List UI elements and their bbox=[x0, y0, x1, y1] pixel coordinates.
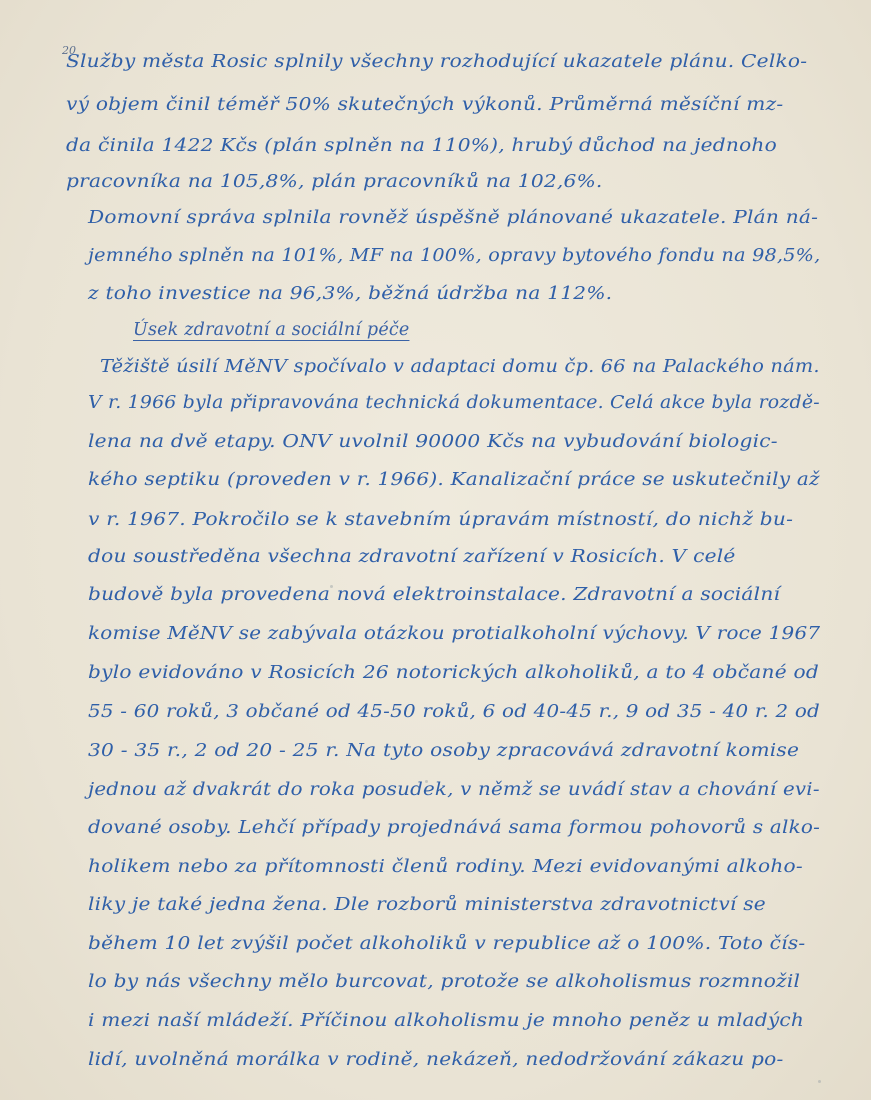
text-line: Domovní správa splnila rovněž úspěšně pl… bbox=[88, 208, 818, 228]
text-line: i mezi naší mládeží. Příčinou alkoholism… bbox=[88, 1011, 804, 1031]
text-line: komise MěNV se zabývala otázkou protialk… bbox=[88, 624, 820, 644]
text-line: 30 - 35 r., 2 od 20 - 25 r. Na tyto osob… bbox=[88, 741, 799, 761]
section-heading: Úsek zdravotní a sociální péče bbox=[133, 320, 409, 340]
text-line: jemného splněn na 101%, MF na 100%, opra… bbox=[88, 246, 820, 266]
text-line: lena na dvě etapy. ONV uvolnil 90000 Kčs… bbox=[88, 432, 778, 452]
text-line: da činila 1422 Kčs (plán splněn na 110%)… bbox=[66, 136, 777, 156]
text-line: lo by nás všechny mělo burcovat, protože… bbox=[88, 972, 800, 992]
text-line: vý objem činil téměř 50% skutečných výko… bbox=[66, 95, 783, 115]
text-line: bylo evidováno v Rosicích 26 notorických… bbox=[88, 663, 819, 683]
text-line: jednou až dvakrát do roka posudek, v něm… bbox=[88, 780, 820, 800]
paper-speck bbox=[425, 780, 428, 783]
text-line: během 10 let zvýšil počet alkoholiků v r… bbox=[88, 934, 805, 954]
text-line: budově byla provedena nová elektroinstal… bbox=[88, 585, 780, 605]
paper-speck bbox=[818, 1080, 821, 1083]
text-line: kého septiku (proveden v r. 1966). Kanal… bbox=[88, 470, 820, 490]
text-line: V r. 1966 byla připravována technická do… bbox=[88, 393, 820, 413]
text-line: Těžiště úsilí MěNV spočívalo v adaptaci … bbox=[100, 357, 820, 377]
text-line: 55 - 60 roků, 3 občané od 45-50 roků, 6 … bbox=[88, 702, 820, 722]
text-line: v r. 1967. Pokročilo se k stavebním úpra… bbox=[88, 510, 793, 530]
text-line: holikem nebo za přítomnosti členů rodiny… bbox=[88, 857, 803, 877]
text-line: dou soustředěna všechna zdravotní zaříze… bbox=[88, 547, 736, 567]
text-line: z toho investice na 96,3%, běžná údržba … bbox=[88, 284, 612, 304]
text-line: lidí, uvolněná morálka v rodině, nekázeň… bbox=[88, 1050, 784, 1070]
text-line: liky je také jedna žena. Dle rozborů min… bbox=[88, 895, 766, 915]
paper-speck bbox=[330, 585, 333, 588]
text-line: pracovníka na 105,8%, plán pracovníků na… bbox=[66, 172, 603, 192]
document-page: 20 Služby města Rosic splnily všechny ro… bbox=[0, 0, 871, 1100]
text-line: Služby města Rosic splnily všechny rozho… bbox=[66, 52, 807, 72]
text-line: dované osoby. Lehčí případy projednává s… bbox=[88, 818, 820, 838]
